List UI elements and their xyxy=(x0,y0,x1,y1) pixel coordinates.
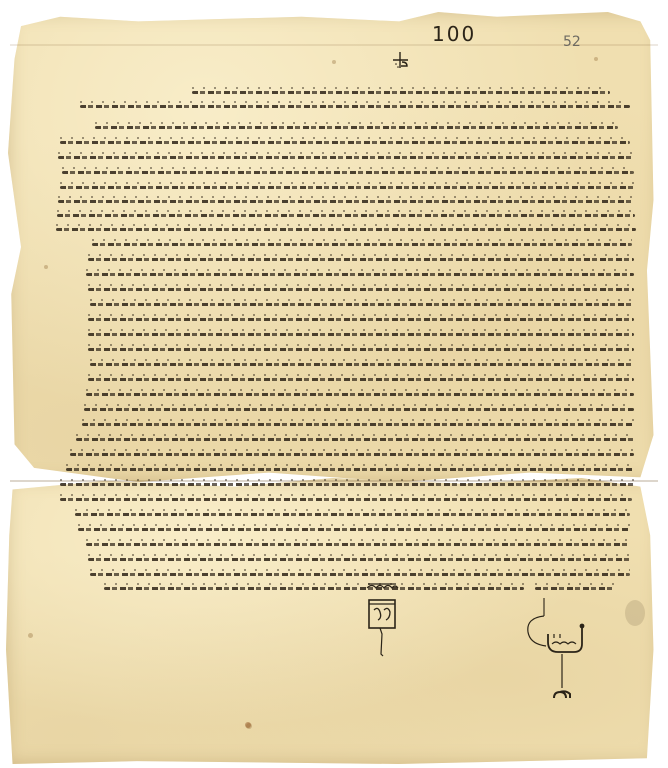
text-line xyxy=(70,453,634,456)
text-line xyxy=(88,258,634,261)
text-line xyxy=(62,171,634,174)
document-scan: 100 52 xyxy=(0,0,668,768)
text-line xyxy=(66,468,634,471)
text-line xyxy=(90,363,634,366)
text-line xyxy=(88,348,634,351)
page-number-annotation: 100 xyxy=(432,22,476,46)
text-line xyxy=(80,105,630,108)
text-line xyxy=(90,303,634,306)
text-line xyxy=(92,243,632,246)
text-line xyxy=(535,587,615,590)
text-line xyxy=(75,513,630,516)
body-description: Approximately 35 lines of dense handwrit… xyxy=(0,0,1,1)
heading-abbreviation-mark xyxy=(392,50,410,70)
text-line xyxy=(88,333,634,336)
folio-number-annotation: 52 xyxy=(563,34,581,50)
text-line xyxy=(60,498,632,501)
text-line xyxy=(88,318,634,321)
text-line xyxy=(58,200,634,203)
condition-notes: Aged paper, foxing spots, horizontal tea… xyxy=(0,0,1,1)
text-line xyxy=(60,141,630,144)
text-line xyxy=(60,186,634,189)
text-line xyxy=(57,214,635,217)
signature-right xyxy=(522,598,592,710)
text-line xyxy=(104,587,524,590)
text-line xyxy=(88,288,634,291)
text-line xyxy=(76,438,634,441)
top-crease xyxy=(10,44,658,46)
water-stain xyxy=(625,600,645,626)
text-line xyxy=(58,156,633,159)
foxing-spot xyxy=(28,633,33,638)
text-line xyxy=(88,558,630,561)
text-line xyxy=(82,423,634,426)
foxing-spot xyxy=(594,57,598,61)
text-line xyxy=(60,483,634,486)
text-line xyxy=(86,543,630,546)
foxing-spot xyxy=(245,722,251,728)
text-line xyxy=(192,91,610,94)
text-line xyxy=(90,573,630,576)
text-line xyxy=(86,393,634,396)
signature-seal-left xyxy=(364,582,400,682)
text-line xyxy=(86,273,634,276)
foxing-spot xyxy=(44,265,48,269)
text-line xyxy=(78,528,630,531)
text-line xyxy=(56,228,636,231)
paper-upper-half xyxy=(8,12,660,482)
text-line xyxy=(88,378,634,381)
text-line xyxy=(95,126,618,129)
foxing-spot xyxy=(332,60,336,64)
text-line xyxy=(84,408,634,411)
